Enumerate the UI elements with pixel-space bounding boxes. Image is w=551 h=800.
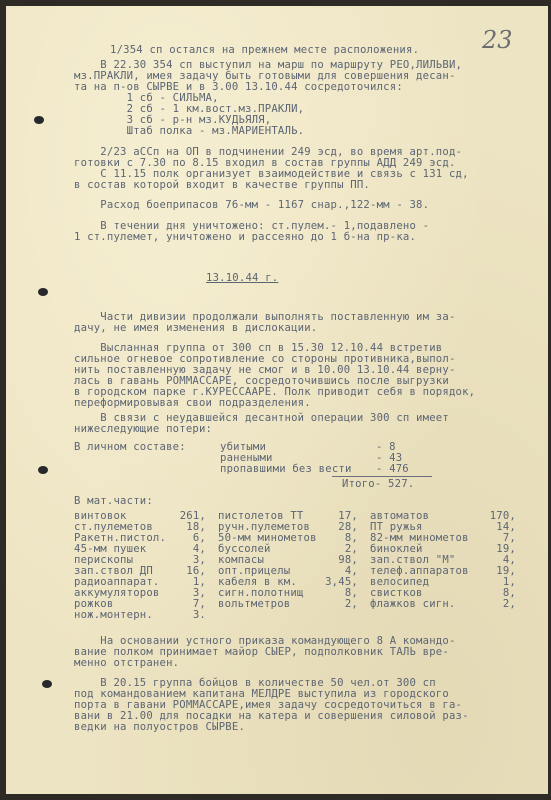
loss-total: Итого- 527. <box>342 479 414 490</box>
loss-name: пропавшими без вести <box>220 464 352 475</box>
line: ведки на полуостров СЫРВЕ. <box>74 722 245 733</box>
line: дачу, не имея изменения в дислокации. <box>74 323 317 334</box>
loss-value: - 476 <box>376 464 409 475</box>
line: переформировывая свои подразделения. <box>74 398 311 409</box>
line: нижеследующие потери: <box>74 424 212 435</box>
punch-hole <box>38 466 48 474</box>
personnel-label: В личном составе: <box>74 442 186 453</box>
punch-hole <box>38 288 48 296</box>
document-page: 23 1/354 сп остался на прежнем месте рас… <box>6 6 548 794</box>
line: 1/354 сп остался на прежнем месте распол… <box>110 45 419 56</box>
item-qty: 2, <box>318 599 358 610</box>
page-number: 23 <box>482 26 513 54</box>
line: 1 ст.пулемет, уничтожено и рассеяно до 1… <box>74 232 416 243</box>
item-name: нож.монтерн. <box>74 610 153 621</box>
item-name: флажков сигн. <box>370 599 456 610</box>
item-name: вольтметров <box>218 599 290 610</box>
line: в состав которой входит в качестве групп… <box>74 180 370 191</box>
line: Расход боеприпасов 76-мм - 1167 снар.,12… <box>74 200 429 211</box>
punch-hole <box>42 680 52 688</box>
date-heading: 13.10.44 г. <box>206 273 278 284</box>
item-qty: 2, <box>476 599 516 610</box>
line: менно отстранен. <box>74 658 179 669</box>
total-rule <box>332 476 432 477</box>
punch-hole <box>34 116 44 124</box>
item-qty: 3. <box>166 610 206 621</box>
materiel-label: В мат.части: <box>74 496 153 507</box>
line: Штаб полка - мз.МАРИЕНТАЛЬ. <box>74 126 304 137</box>
